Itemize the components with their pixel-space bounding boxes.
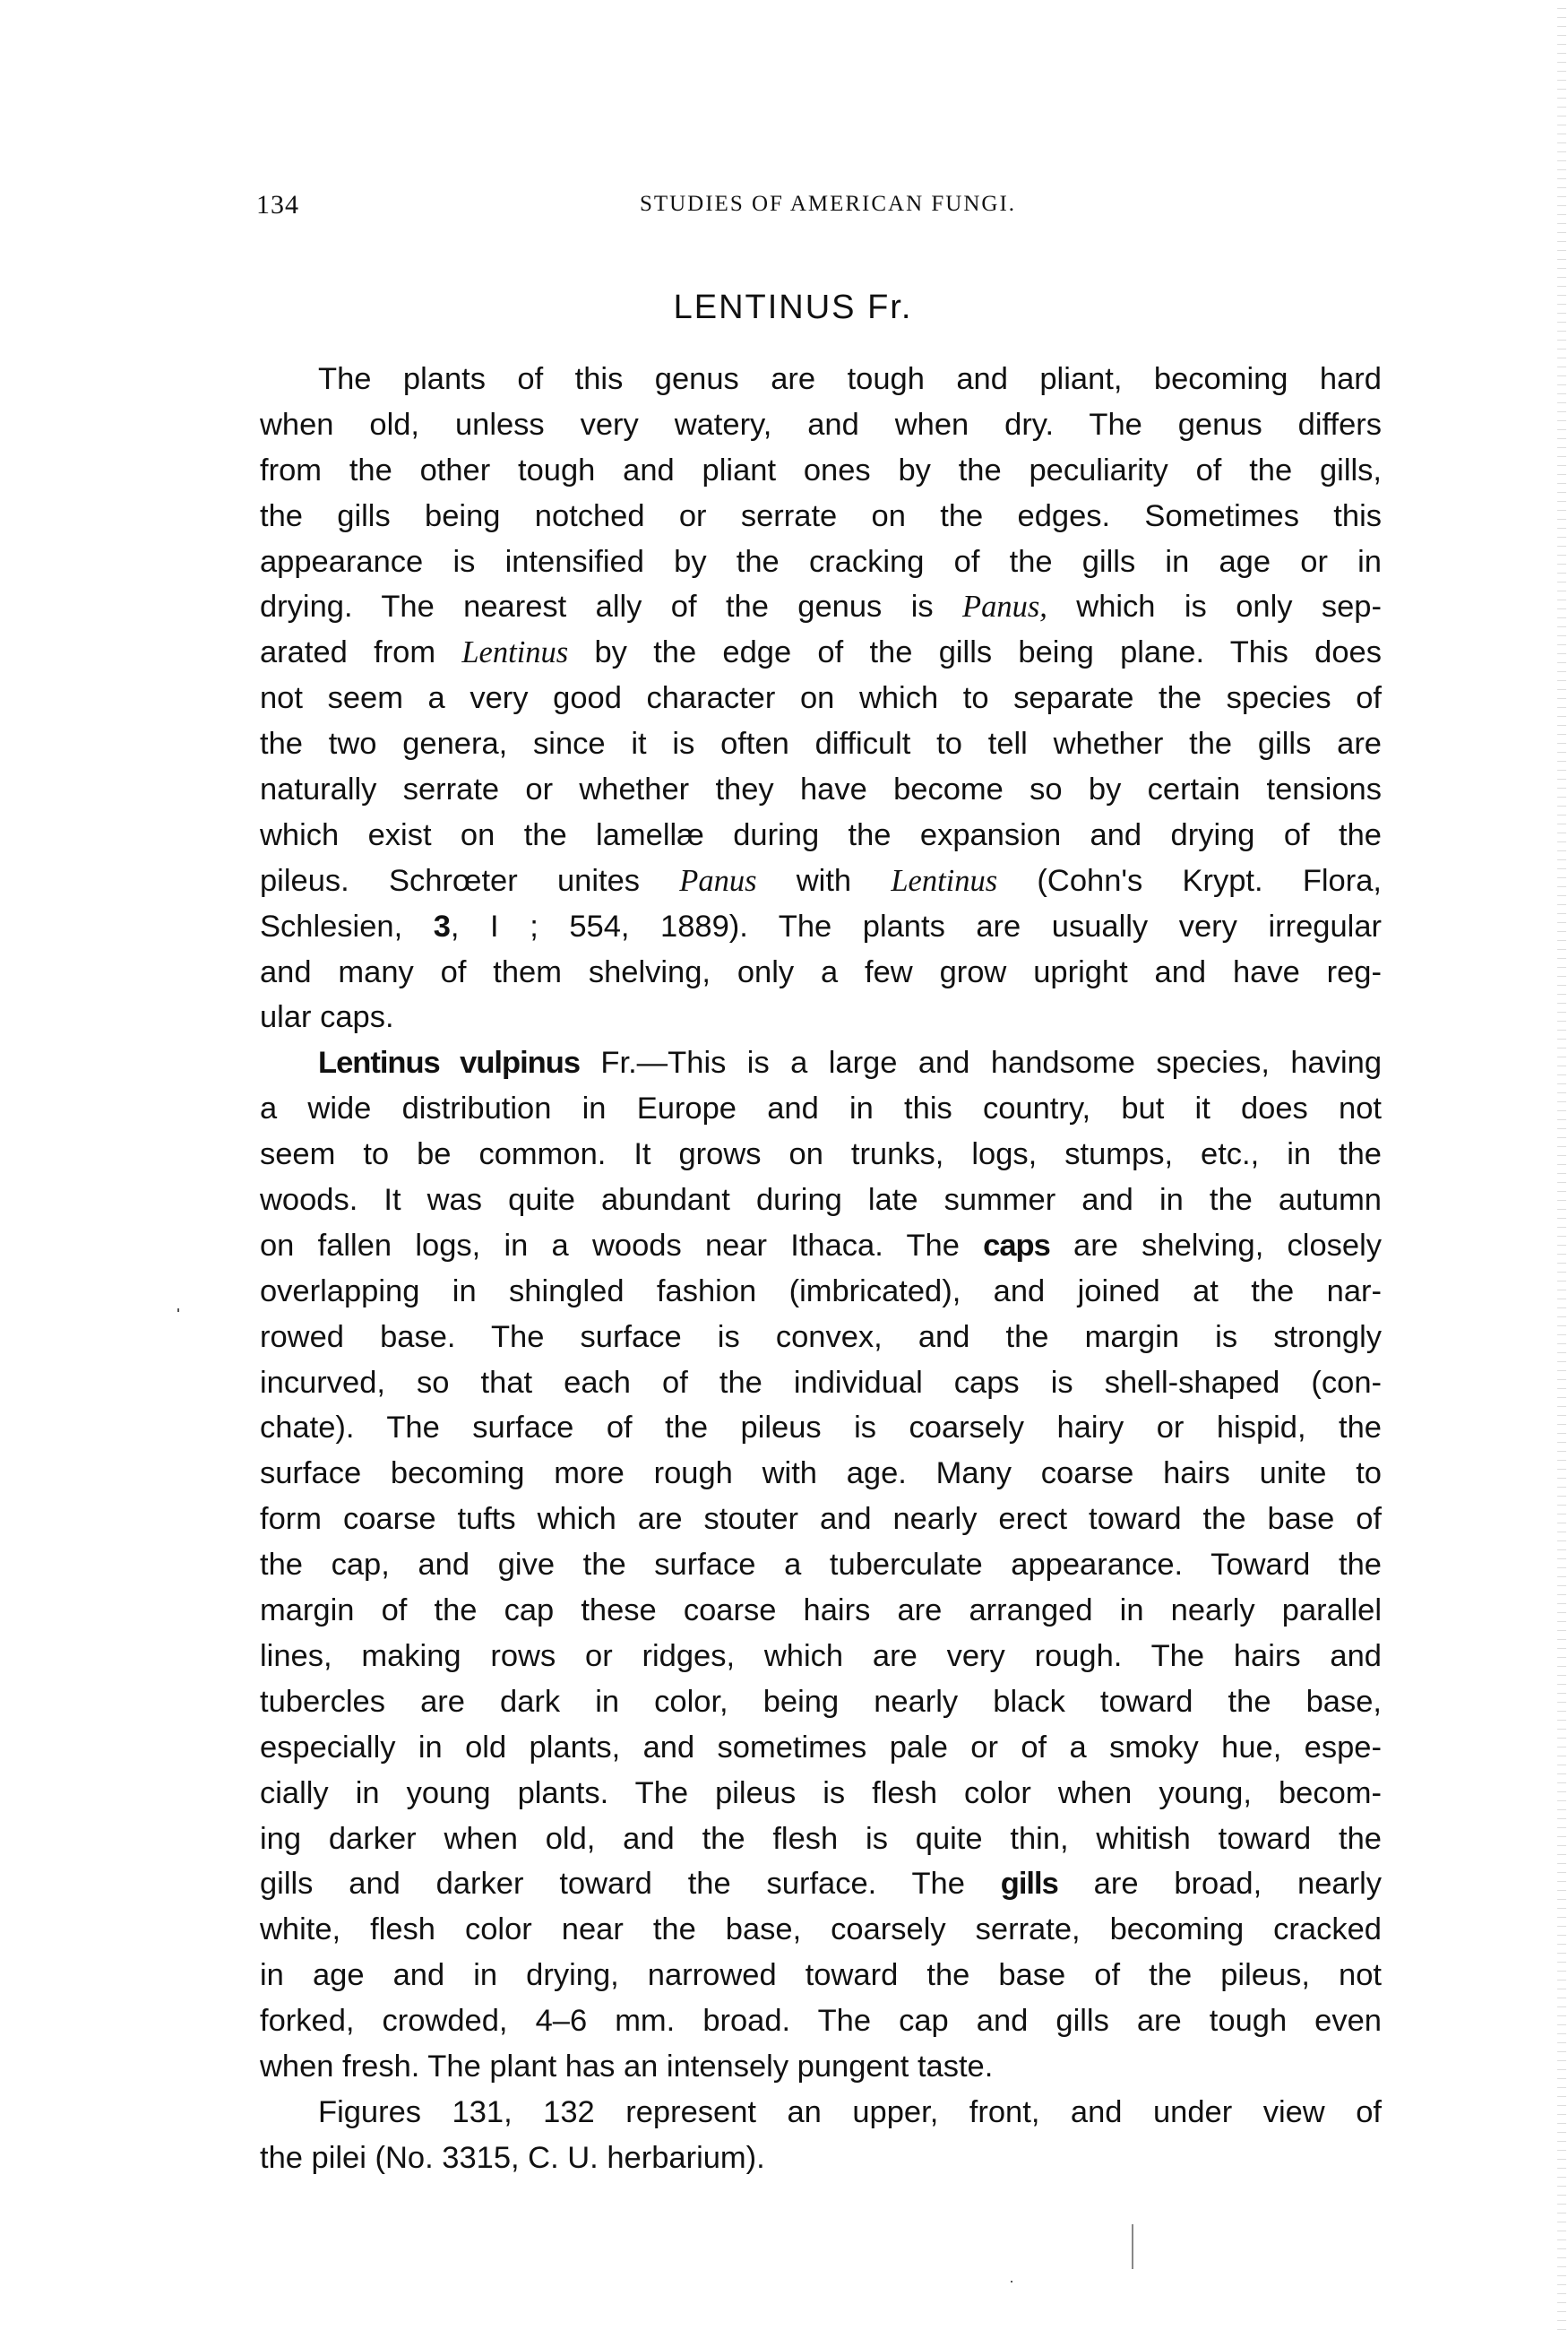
text-line: not seem a very good character on which … <box>260 676 1382 721</box>
text-line: chate). The surface of the pileus is coa… <box>260 1405 1382 1451</box>
text-run: , I ; 554, 1889). The plants are usually… <box>451 910 1382 944</box>
text-run: the pilei (No. 3315, C. U. herbarium). <box>260 2141 765 2175</box>
text-run: forked, crowded, 4–6 mm. broad. The cap … <box>260 2004 1382 2038</box>
text-line: the gills being notched or serrate on th… <box>260 494 1382 539</box>
text-line: in age and in drying, narrowed toward th… <box>260 1953 1382 1998</box>
text-run: and many of them shelving, only a few gr… <box>260 955 1382 989</box>
text-line: forked, crowded, 4–6 mm. broad. The cap … <box>260 1998 1382 2044</box>
text-line: seem to be common. It grows on trunks, l… <box>260 1132 1382 1178</box>
text-run: white, flesh color near the base, coarse… <box>260 1912 1382 1946</box>
text-run: lines, making rows or ridges, which are … <box>260 1639 1382 1673</box>
running-title: STUDIES OF AMERICAN FUNGI. <box>256 192 1382 217</box>
text-run: the cap, and give the surface a tubercul… <box>260 1548 1382 1582</box>
text-run: are broad, nearly <box>1058 1867 1382 1901</box>
text-run: drying. The nearest ally of the genus is <box>260 590 962 624</box>
scan-artifact <box>177 1308 179 1312</box>
text-line: and many of them shelving, only a few gr… <box>260 950 1382 996</box>
text-line: the cap, and give the surface a tubercul… <box>260 1542 1382 1588</box>
text-run: the gills being notched or serrate on th… <box>260 499 1382 533</box>
emphasis-text: Lentinus vulpinus <box>318 1046 580 1080</box>
text-line: incurved, so that each of the individual… <box>260 1360 1382 1406</box>
text-run: woods. It was quite abundant during late… <box>260 1183 1382 1217</box>
text-run: ular caps. <box>260 1000 394 1034</box>
text-run: by the edge of the gills being plane. Th… <box>568 635 1382 669</box>
text-run: when old, unless very watery, and when d… <box>260 408 1382 442</box>
text-run: with <box>757 864 892 898</box>
text-line: appearance is intensified by the crackin… <box>260 539 1382 585</box>
text-line: ular caps. <box>260 995 1382 1040</box>
scan-artifact <box>1132 2224 1133 2269</box>
text-line: surface becoming more rough with age. Ma… <box>260 1451 1382 1497</box>
text-line: from the other tough and pliant ones by … <box>260 448 1382 494</box>
text-run: overlapping in shingled fashion (imbrica… <box>260 1274 1382 1308</box>
text-line: the two genera, since it is often diffic… <box>260 721 1382 767</box>
emphasis-text: 3 <box>434 910 451 944</box>
text-line: on fallen logs, in a woods near Ithaca. … <box>260 1223 1382 1269</box>
text-line: drying. The nearest ally of the genus is… <box>260 584 1382 630</box>
text-line: woods. It was quite abundant during late… <box>260 1178 1382 1223</box>
emphasis-text: Lentinus <box>891 864 997 898</box>
text-line: rowed base. The surface is convex, and t… <box>260 1315 1382 1360</box>
text-run: arated from <box>260 635 461 669</box>
paragraph: Figures 131, 132 represent an upper, fro… <box>260 2090 1382 2181</box>
text-line: white, flesh color near the base, coarse… <box>260 1907 1382 1953</box>
text-run: Schlesien, <box>260 910 434 944</box>
text-run: not seem a very good character on which … <box>260 681 1382 715</box>
text-line: a wide distribution in Europe and in thi… <box>260 1086 1382 1132</box>
text-run: gills and darker toward the surface. The <box>260 1867 1001 1901</box>
running-head: 134 STUDIES OF AMERICAN FUNGI. <box>256 190 1382 226</box>
paragraph: Lentinus vulpinus Fr.—This is a large an… <box>260 1040 1382 2089</box>
text-line: cially in young plants. The pileus is fl… <box>260 1771 1382 1817</box>
text-run: the two genera, since it is often diffic… <box>260 727 1382 761</box>
text-run: (Cohn's Krypt. Flora, <box>997 864 1382 898</box>
body-text: The plants of this genus are tough and p… <box>260 357 1382 2181</box>
document-page: 134 STUDIES OF AMERICAN FUNGI. LENTINUS … <box>0 0 1568 2330</box>
text-run: margin of the cap these coarse hairs are… <box>260 1593 1382 1627</box>
text-line: when old, unless very watery, and when d… <box>260 402 1382 448</box>
text-run: seem to be common. It grows on trunks, l… <box>260 1137 1382 1171</box>
text-run: ing darker when old, and the flesh is qu… <box>260 1822 1382 1856</box>
text-run: cially in young plants. The pileus is fl… <box>260 1776 1382 1810</box>
text-run: a wide distribution in Europe and in thi… <box>260 1092 1382 1126</box>
text-line: The plants of this genus are tough and p… <box>260 357 1382 402</box>
emphasis-text: gills <box>1001 1867 1058 1901</box>
text-run: from the other tough and pliant ones by … <box>260 453 1382 488</box>
scan-artifact <box>1011 2281 1012 2283</box>
text-run: Fr.—This is a large and handsome species… <box>580 1046 1382 1080</box>
text-line: Lentinus vulpinus Fr.—This is a large an… <box>260 1040 1382 1086</box>
text-run: surface becoming more rough with age. Ma… <box>260 1456 1382 1490</box>
emphasis-text: Panus, <box>962 590 1047 624</box>
text-line: form coarse tufts which are stouter and … <box>260 1497 1382 1542</box>
text-line: lines, making rows or ridges, which are … <box>260 1634 1382 1679</box>
emphasis-text: caps <box>983 1229 1050 1263</box>
text-run: The plants of this genus are tough and p… <box>318 362 1382 396</box>
text-line: which exist on the lamellæ during the ex… <box>260 813 1382 859</box>
text-line: tubercles are dark in color, being nearl… <box>260 1679 1382 1725</box>
text-line: overlapping in shingled fashion (imbrica… <box>260 1269 1382 1315</box>
scan-edge-noise <box>1557 0 1566 2330</box>
text-line: pileus. Schrœter unites Panus with Lenti… <box>260 859 1382 904</box>
text-line: especially in old plants, and sometimes … <box>260 1725 1382 1771</box>
text-line: Figures 131, 132 represent an upper, fro… <box>260 2090 1382 2136</box>
text-line: arated from Lentinus by the edge of the … <box>260 630 1382 676</box>
text-run: in age and in drying, narrowed toward th… <box>260 1958 1382 1992</box>
text-line: naturally serrate or whether they have b… <box>260 767 1382 813</box>
text-run: naturally serrate or whether they have b… <box>260 772 1382 807</box>
text-line: ing darker when old, and the flesh is qu… <box>260 1817 1382 1862</box>
text-run: tubercles are dark in color, being nearl… <box>260 1685 1382 1719</box>
text-line: gills and darker toward the surface. The… <box>260 1861 1382 1907</box>
emphasis-text: Lentinus <box>461 635 568 669</box>
text-line: when fresh. The plant has an intensely p… <box>260 2044 1382 2090</box>
text-run: which exist on the lamellæ during the ex… <box>260 818 1382 852</box>
emphasis-text: Panus <box>679 864 756 898</box>
text-run: chate). The surface of the pileus is coa… <box>260 1411 1382 1445</box>
text-run: rowed base. The surface is convex, and t… <box>260 1320 1382 1354</box>
text-run: especially in old plants, and sometimes … <box>260 1730 1382 1765</box>
text-run: Figures 131, 132 represent an upper, fro… <box>318 2095 1382 2129</box>
text-run: incurved, so that each of the individual… <box>260 1366 1382 1400</box>
text-line: margin of the cap these coarse hairs are… <box>260 1588 1382 1634</box>
text-run: on fallen logs, in a woods near Ithaca. … <box>260 1229 983 1263</box>
text-line: Schlesien, 3, I ; 554, 1889). The plants… <box>260 904 1382 950</box>
text-run: are shelving, closely <box>1050 1229 1382 1263</box>
text-line: the pilei (No. 3315, C. U. herbarium). <box>260 2136 1382 2181</box>
paragraph: The plants of this genus are tough and p… <box>260 357 1382 1040</box>
text-run: which is only sep- <box>1047 590 1382 624</box>
section-title: LENTINUS Fr. <box>0 289 1568 327</box>
text-run: pileus. Schrœter unites <box>260 864 679 898</box>
text-run: appearance is intensified by the crackin… <box>260 545 1382 579</box>
text-run: when fresh. The plant has an intensely p… <box>260 2050 993 2084</box>
text-run: form coarse tufts which are stouter and … <box>260 1502 1382 1536</box>
